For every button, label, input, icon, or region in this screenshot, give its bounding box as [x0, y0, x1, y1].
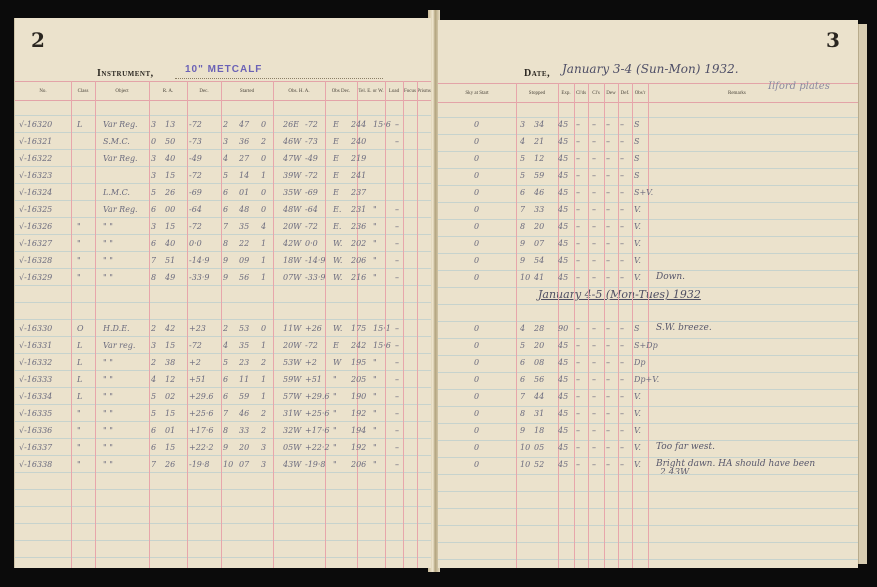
cell-st-x: 0	[261, 116, 266, 133]
cell-st-x: 1	[261, 252, 266, 269]
cell-obsr: Dp	[634, 354, 646, 371]
cell-c1: –	[576, 235, 580, 252]
cell-st-h: 4	[223, 150, 228, 167]
cell-c4: –	[620, 371, 624, 388]
cell-stop-m: 07	[534, 235, 544, 252]
cell-prisms: –	[395, 252, 399, 269]
cell-obsr: V.	[634, 235, 641, 252]
cell-stop-m: 46	[534, 184, 544, 201]
cell-c4: –	[620, 456, 624, 473]
cell-c4: –	[620, 252, 624, 269]
table-row: 064645––––S+V.	[438, 184, 858, 201]
cell-sky: 0	[474, 354, 479, 371]
cell-obsr: V.	[634, 388, 641, 405]
cell-obs-dec: +26	[305, 320, 322, 337]
cell-load: 195	[351, 354, 366, 371]
cell-ra-m: 26	[165, 184, 175, 201]
cell-obs-ha: 32W	[283, 422, 301, 439]
cell-no: √-16326	[19, 218, 52, 235]
cell-remark: S.W. breeze.	[656, 320, 712, 337]
remarks-header-note: Ilford plates	[768, 81, 830, 92]
column-header: Cl'ds	[574, 84, 588, 102]
cell-sky: 0	[474, 133, 479, 150]
cell-c3: –	[606, 456, 610, 473]
cell-prisms: –	[395, 422, 399, 439]
cell-class: "	[77, 456, 81, 473]
cell-obsr: V.	[634, 269, 641, 286]
cell-exp: 45	[558, 218, 568, 235]
table-row: √-16336"" "601+17·6833232W+17·6"194"–	[15, 422, 431, 439]
cell-obs-ha: 05W	[283, 439, 301, 456]
page-edges	[858, 24, 867, 564]
table-row: 033445––––S	[438, 116, 858, 133]
cell-class: "	[77, 439, 81, 456]
cell-load: 219	[351, 150, 366, 167]
cell-exp: 45	[558, 405, 568, 422]
cell-stop-m: 21	[534, 133, 544, 150]
cell-st-m: 35	[239, 218, 249, 235]
cell-c2: –	[592, 388, 596, 405]
cell-st-x: 3	[261, 456, 266, 473]
cell-ra-m: 51	[165, 252, 175, 269]
cell-obsr: Dp+V.	[634, 371, 659, 388]
cell-load: 236	[351, 218, 366, 235]
cell-st-m: 27	[239, 150, 249, 167]
cell-dec: +17·6	[189, 422, 214, 439]
cell-obsr: V.	[634, 201, 641, 218]
cell-st-h: 9	[223, 269, 228, 286]
column-header: Prisms	[417, 82, 431, 100]
cell-object: Var Reg.	[103, 201, 138, 218]
cell-c2: –	[592, 354, 596, 371]
cell-tel: W	[333, 354, 341, 371]
cell-c2: –	[592, 116, 596, 133]
cell-exp: 45	[558, 167, 568, 184]
table-row: √-16330OH.D.E.242+23253011W+26W.17515·1–	[15, 320, 431, 337]
cell-stop-m: 54	[534, 252, 544, 269]
cell-st-m: 53	[239, 320, 249, 337]
cell-stop-h: 3	[520, 116, 525, 133]
cell-c2: –	[592, 320, 596, 337]
cell-class: "	[77, 405, 81, 422]
cell-c3: –	[606, 320, 610, 337]
column-header: Dec.	[187, 82, 221, 100]
cell-exp: 45	[558, 422, 568, 439]
cell-dec: +29.6	[189, 388, 214, 405]
cell-ra-h: 2	[151, 354, 156, 371]
table-row: √-16324L.M.C.526-69601035W-69E237	[15, 184, 431, 201]
cell-sky: 0	[474, 116, 479, 133]
cell-no: √-16330	[19, 320, 52, 337]
cell-c3: –	[606, 116, 610, 133]
cell-tel: E	[333, 150, 339, 167]
cell-c4: –	[620, 150, 624, 167]
cell-dec: -19·8	[189, 456, 210, 473]
date-label: Date,	[524, 68, 550, 79]
column-header: Tel. E. or W.	[357, 82, 385, 100]
cell-ra-h: 2	[151, 320, 156, 337]
cell-obs-dec: -72	[305, 116, 318, 133]
cell-obsr: S	[634, 116, 639, 133]
session-subheading: January 4-5 (Mon-Tues) 1932	[538, 288, 701, 301]
cell-tel: E	[333, 167, 339, 184]
page-number: 2	[31, 28, 45, 52]
cell-object: Var Reg.	[103, 116, 138, 133]
cell-c1: –	[576, 320, 580, 337]
cell-st-h: 8	[223, 422, 228, 439]
cell-c1: –	[576, 116, 580, 133]
cell-obs-dec: -33·9	[305, 269, 326, 286]
column-header: Dew	[604, 84, 618, 102]
cell-focus: "	[373, 201, 377, 218]
cell-tel: "	[333, 422, 337, 439]
cell-stop-h: 9	[520, 252, 525, 269]
cell-exp: 45	[558, 184, 568, 201]
table-row: 090745––––V.	[438, 235, 858, 252]
cell-object: " "	[103, 439, 113, 456]
cell-ra-m: 26	[165, 456, 175, 473]
cell-ra-h: 5	[151, 184, 156, 201]
cell-object: " "	[103, 456, 113, 473]
cell-c2: –	[592, 337, 596, 354]
cell-c1: –	[576, 133, 580, 150]
cell-c4: –	[620, 337, 624, 354]
cell-ra-m: 15	[165, 405, 175, 422]
cell-object: Var reg.	[103, 337, 135, 354]
cell-st-h: 6	[223, 184, 228, 201]
cell-no: √-16329	[19, 269, 52, 286]
cell-c3: –	[606, 371, 610, 388]
cell-c4: –	[620, 320, 624, 337]
cell-st-h: 2	[223, 320, 228, 337]
cell-st-m: 07	[239, 456, 249, 473]
cell-prisms: –	[395, 116, 399, 133]
left-page: 2 Instrument, 10" METCALF No.ClassObject…	[14, 18, 431, 568]
cell-exp: 45	[558, 456, 568, 473]
cell-st-h: 4	[223, 337, 228, 354]
cell-load: 244	[351, 116, 366, 133]
cell-stop-h: 5	[520, 150, 525, 167]
cell-c1: –	[576, 422, 580, 439]
table-row: √-16325Var Reg.600-64648048W-64E.231"–	[15, 201, 431, 218]
cell-obs-dec: -19·8	[305, 456, 326, 473]
cell-st-m: 47	[239, 116, 249, 133]
cell-obs-ha: 18W	[283, 252, 301, 269]
cell-no: √-16332	[19, 354, 52, 371]
cell-class: L	[77, 354, 82, 371]
cell-object: Var Reg.	[103, 150, 138, 167]
cell-obsr: S+V.	[634, 184, 653, 201]
cell-obs-dec: -73	[305, 133, 318, 150]
cell-c2: –	[592, 218, 596, 235]
cell-ra-m: 01	[165, 422, 175, 439]
cell-exp: 90	[558, 320, 568, 337]
cell-tel: W.	[333, 252, 342, 269]
cell-ra-m: 12	[165, 371, 175, 388]
cell-ra-m: 38	[165, 354, 175, 371]
cell-prisms: –	[395, 235, 399, 252]
cell-ra-h: 5	[151, 405, 156, 422]
cell-object: " "	[103, 388, 113, 405]
cell-stop-h: 4	[520, 320, 525, 337]
cell-sky: 0	[474, 422, 479, 439]
cell-c4: –	[620, 405, 624, 422]
cell-load: 242	[351, 337, 366, 354]
cell-c4: –	[620, 184, 624, 201]
cell-c1: –	[576, 354, 580, 371]
cell-load: 190	[351, 388, 366, 405]
cell-stop-h: 5	[520, 167, 525, 184]
cell-c1: –	[576, 218, 580, 235]
cell-stop-m: 20	[534, 337, 544, 354]
cell-st-x: 2	[261, 405, 266, 422]
cell-exp: 45	[558, 354, 568, 371]
cell-object: L.M.C.	[103, 184, 130, 201]
cell-dec: -72	[189, 167, 202, 184]
column-header: Load	[385, 82, 403, 100]
cell-obs-ha: 47W	[283, 150, 301, 167]
cell-tel: E.	[333, 201, 341, 218]
cell-focus: "	[373, 371, 377, 388]
cell-st-h: 8	[223, 235, 228, 252]
cell-exp: 45	[558, 252, 568, 269]
cell-stop-m: 08	[534, 354, 544, 371]
right-page: 3 Date, January 3-4 (Sun-Mon) 1932. Sky …	[438, 20, 858, 568]
date-value: January 3-4 (Sun-Mon) 1932.	[562, 62, 739, 76]
cell-sky: 0	[474, 235, 479, 252]
cell-sky: 0	[474, 218, 479, 235]
cell-dec: +22·2	[189, 439, 214, 456]
cell-dec: -73	[189, 133, 202, 150]
cell-obs-dec: +51	[305, 371, 322, 388]
cell-obs-ha: 26E	[283, 116, 299, 133]
column-header: Exp.	[558, 84, 574, 102]
cell-stop-m: 18	[534, 422, 544, 439]
cell-st-m: 36	[239, 133, 249, 150]
cell-c2: –	[592, 167, 596, 184]
cell-remark: Too far west.	[656, 439, 715, 456]
cell-st-h: 2	[223, 116, 228, 133]
table-row: 082045––––V.	[438, 218, 858, 235]
column-header: Obs'r	[632, 84, 648, 102]
ruled-line	[15, 489, 431, 490]
cell-focus: "	[373, 405, 377, 422]
cell-dec: +25·6	[189, 405, 214, 422]
cell-no: √-16325	[19, 201, 52, 218]
cell-st-m: 11	[239, 371, 249, 388]
cell-stop-h: 8	[520, 218, 525, 235]
column-header: No.	[15, 82, 71, 100]
cell-c3: –	[606, 337, 610, 354]
cell-tel: "	[333, 388, 337, 405]
cell-sky: 0	[474, 269, 479, 286]
cell-obsr: S	[634, 167, 639, 184]
cell-focus: "	[373, 218, 377, 235]
cell-st-h: 7	[223, 218, 228, 235]
cell-tel: E	[333, 133, 339, 150]
column-header: Cl's	[588, 84, 604, 102]
table-row: √-16329"" "849-33·9956107W-33·9W.216"–	[15, 269, 431, 286]
cell-c2: –	[592, 371, 596, 388]
cell-ra-m: 15	[165, 337, 175, 354]
cell-exp: 45	[558, 133, 568, 150]
cell-st-x: 3	[261, 439, 266, 456]
table-row: √-16333L" "412+51611159W+51"205"–	[15, 371, 431, 388]
cell-no: √-16324	[19, 184, 52, 201]
cell-sky: 0	[474, 150, 479, 167]
cell-st-x: 1	[261, 167, 266, 184]
cell-c3: –	[606, 252, 610, 269]
cell-st-x: 0	[261, 150, 266, 167]
cell-sky: 0	[474, 252, 479, 269]
cell-object: " "	[103, 269, 113, 286]
cell-sky: 0	[474, 337, 479, 354]
cell-focus: 15·6	[373, 337, 391, 354]
table-row: √-16326"" "315-72735420W-72E.236"–	[15, 218, 431, 235]
table-row: 083145––––V.	[438, 405, 858, 422]
cell-st-x: 2	[261, 133, 266, 150]
cell-stop-h: 9	[520, 235, 525, 252]
cell-no: √-16321	[19, 133, 52, 150]
table-row: √-16323315-72514139W-72E241	[15, 167, 431, 184]
cell-obs-dec: -64	[305, 201, 318, 218]
cell-tel: E	[333, 337, 339, 354]
cell-class: "	[77, 422, 81, 439]
table-row: √-16338"" "726-19·81007343W-19·8"206"–	[15, 456, 431, 473]
cell-obsr: S	[634, 320, 639, 337]
cell-tel: E.	[333, 218, 341, 235]
cell-c2: –	[592, 269, 596, 286]
cell-dec: +23	[189, 320, 206, 337]
cell-stop-h: 10	[520, 269, 530, 286]
cell-dec: +51	[189, 371, 206, 388]
cell-exp: 45	[558, 371, 568, 388]
cell-stop-h: 10	[520, 439, 530, 456]
cell-stop-m: 20	[534, 218, 544, 235]
cell-class: "	[77, 252, 81, 269]
cell-obs-dec: -14·9	[305, 252, 326, 269]
table-row: √-16335"" "515+25·6746231W+25·6"192"–	[15, 405, 431, 422]
cell-prisms: –	[395, 456, 399, 473]
cell-stop-h: 10	[520, 456, 530, 473]
cell-stop-m: 34	[534, 116, 544, 133]
cell-tel: "	[333, 405, 337, 422]
cell-obs-dec: 0·0	[305, 235, 318, 252]
cell-stop-m: 41	[534, 269, 544, 286]
cell-dec: -72	[189, 116, 202, 133]
cell-c3: –	[606, 422, 610, 439]
table-row: √-16337"" "615+22·2920305W+22·2"192"–	[15, 439, 431, 456]
cell-load: 205	[351, 371, 366, 388]
cell-object: " "	[103, 371, 113, 388]
cell-load: 216	[351, 269, 366, 286]
cell-c1: –	[576, 388, 580, 405]
cell-obsr: V.	[634, 252, 641, 269]
cell-obs-ha: 57W	[283, 388, 301, 405]
page-number: 3	[826, 28, 840, 52]
column-header: Def.	[618, 84, 632, 102]
cell-focus: "	[373, 422, 377, 439]
cell-c4: –	[620, 201, 624, 218]
cell-load: 192	[351, 439, 366, 456]
cell-st-h: 9	[223, 439, 228, 456]
cell-obs-dec: -72	[305, 337, 318, 354]
cell-exp: 45	[558, 116, 568, 133]
cell-ra-h: 8	[151, 269, 156, 286]
cell-st-m: 14	[239, 167, 249, 184]
cell-dec: +2	[189, 354, 201, 371]
cell-tel: "	[333, 456, 337, 473]
cell-dec: 0·0	[189, 235, 202, 252]
cell-ra-h: 3	[151, 337, 156, 354]
cell-sky: 0	[474, 439, 479, 456]
cell-c2: –	[592, 252, 596, 269]
cell-stop-m: 31	[534, 405, 544, 422]
cell-class: "	[77, 218, 81, 235]
cell-c1: –	[576, 252, 580, 269]
table-row: √-16327"" "6400·0822142W0·0W.202"–	[15, 235, 431, 252]
ruled-line	[15, 506, 431, 507]
cell-focus: "	[373, 388, 377, 405]
cell-load: 231	[351, 201, 366, 218]
cell-c2: –	[592, 456, 596, 473]
cell-ra-m: 15	[165, 167, 175, 184]
cell-object: " "	[103, 235, 113, 252]
cell-stop-h: 6	[520, 371, 525, 388]
cell-obs-ha: 42W	[283, 235, 301, 252]
cell-obsr: V.	[634, 405, 641, 422]
cell-c3: –	[606, 354, 610, 371]
cell-class: "	[77, 235, 81, 252]
cell-load: 206	[351, 456, 366, 473]
cell-obsr: S+Dp	[634, 337, 658, 354]
cell-stop-m: 44	[534, 388, 544, 405]
cell-st-m: 01	[239, 184, 249, 201]
cell-stop-h: 8	[520, 405, 525, 422]
cell-st-m: 46	[239, 405, 249, 422]
cell-class: L	[77, 371, 82, 388]
cell-obs-ha: 07W	[283, 269, 301, 286]
cell-remark: Down.	[656, 269, 685, 286]
cell-st-h: 5	[223, 167, 228, 184]
instrument-underline	[175, 78, 383, 79]
cell-stop-h: 6	[520, 184, 525, 201]
cell-exp: 45	[558, 269, 568, 286]
cell-prisms: –	[395, 337, 399, 354]
cell-obsr: V.	[634, 456, 641, 473]
cell-load: 237	[351, 184, 366, 201]
table-row: 0104145––––V.Down.	[438, 269, 858, 286]
cell-st-x: 2	[261, 422, 266, 439]
cell-c3: –	[606, 388, 610, 405]
ruled-line	[15, 540, 431, 541]
cell-tel: "	[333, 439, 337, 456]
cell-ra-h: 6	[151, 201, 156, 218]
cell-object: " "	[103, 354, 113, 371]
column-header: Class	[71, 82, 95, 100]
cell-c3: –	[606, 405, 610, 422]
cell-st-m: 09	[239, 252, 249, 269]
cell-c3: –	[606, 150, 610, 167]
cell-sky: 0	[474, 371, 479, 388]
cell-obs-dec: +22·2	[305, 439, 330, 456]
cell-obs-ha: 20W	[283, 218, 301, 235]
cell-ra-m: 15	[165, 439, 175, 456]
cell-ra-h: 7	[151, 456, 156, 473]
cell-c2: –	[592, 235, 596, 252]
cell-class: L	[77, 337, 82, 354]
table-row: 052045––––S+Dp	[438, 337, 858, 354]
